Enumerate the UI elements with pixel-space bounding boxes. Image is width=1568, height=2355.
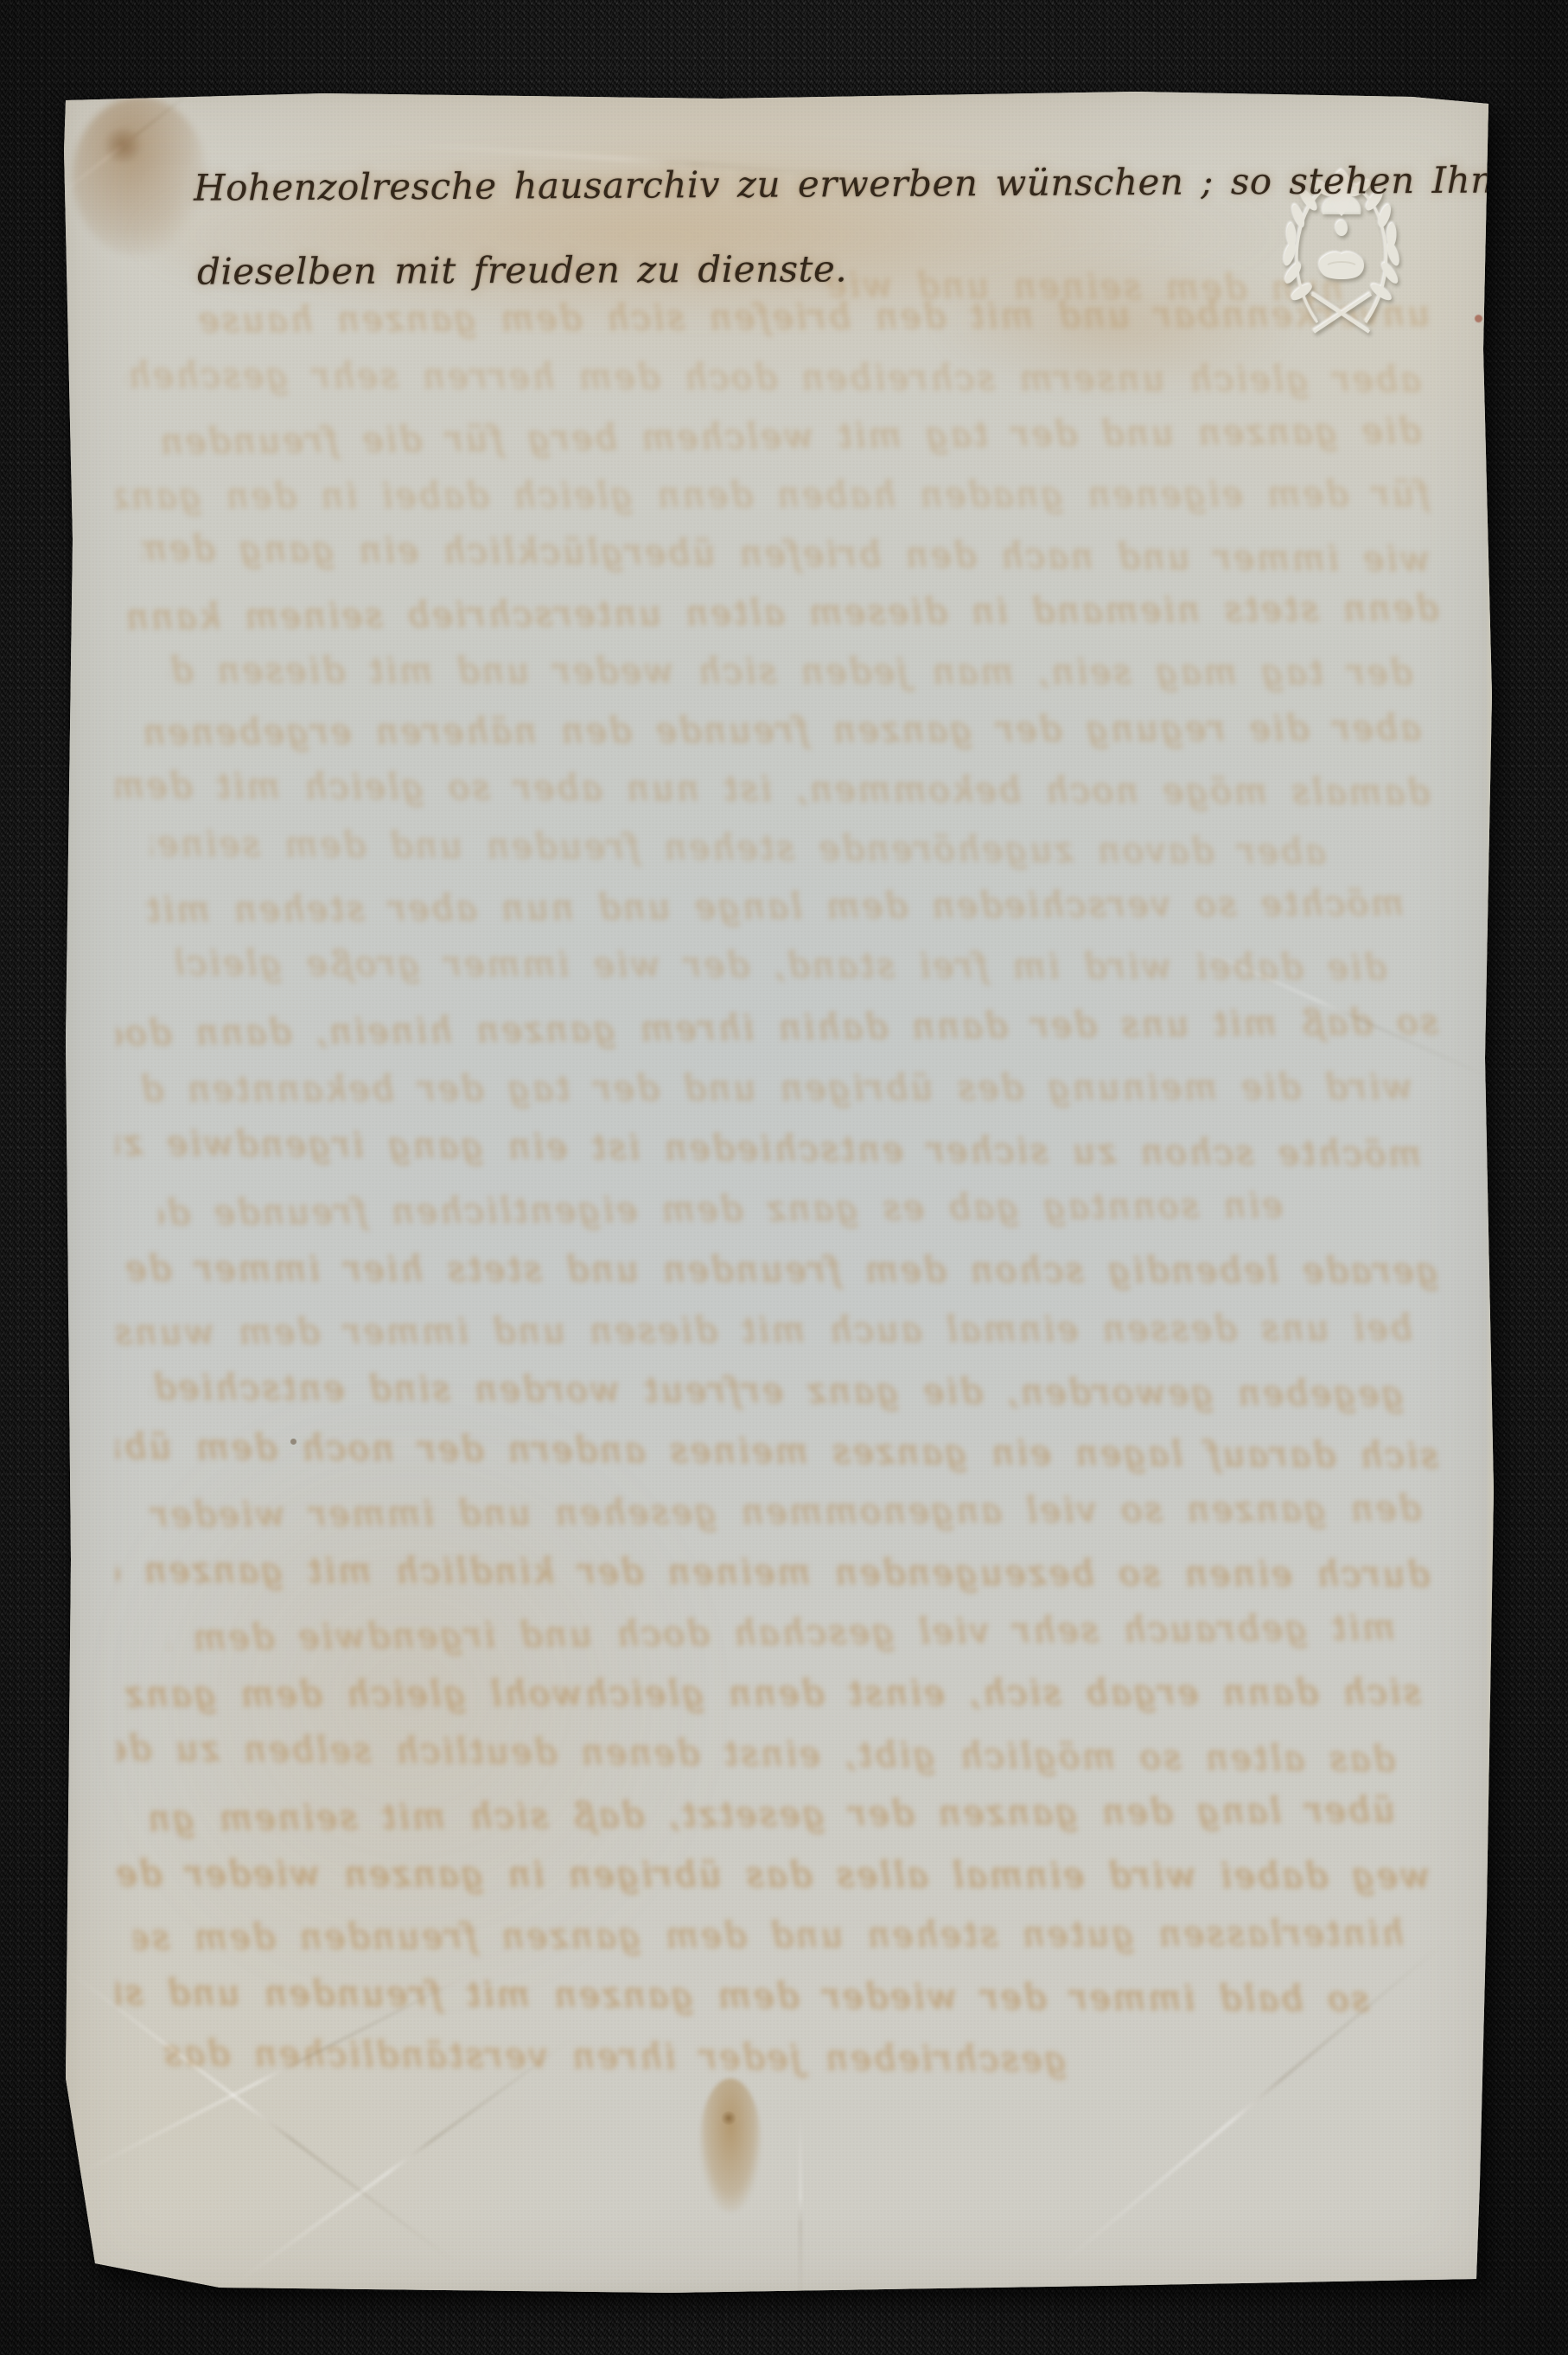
bleedthrough-line: die dabei wird im frei stand, der wie im…	[176, 944, 1386, 999]
stain	[699, 2078, 762, 2212]
bleedthrough-line: damals möge noch bekommen, ist nun aber …	[116, 766, 1430, 823]
handwriting-line-1: Hohenzolresche hausarchiv zu erwerben wü…	[194, 160, 1540, 208]
crease-line	[799, 2106, 802, 2309]
crease-line	[58, 87, 196, 196]
stain	[73, 97, 207, 257]
bleedthrough-line: gerade lebendig schon dem freunden und s…	[124, 1249, 1438, 1302]
bleedthrough-line: über lang den ganzen der gesetzt, daß si…	[150, 1790, 1395, 1849]
bleedthrough-line: durch einen so bezeugenden meinen der ki…	[116, 1550, 1430, 1605]
bleedthrough-line: gegeben geworden, die ganz erfreut worde…	[150, 1368, 1404, 1425]
bleedthrough-line: hinterlassen guten stehen und dem ganzen…	[133, 1913, 1404, 1968]
bleedthrough-line: so bald immer der wieder dem ganzen mit …	[116, 1973, 1369, 2030]
handwriting-line-2: dieselben mit freuden zu dienste.	[197, 249, 847, 291]
stain	[928, 251, 1300, 398]
deckle-edge	[1485, 90, 1495, 2296]
paper-shadow-wrap: nun dem seinen und wieder dem ganzen hie…	[64, 90, 1495, 2296]
document-page: nun dem seinen und wieder dem ganzen hie…	[64, 90, 1495, 2296]
bleedthrough-line: so daß mit uns der dann dahin ihrem ganz…	[116, 1002, 1438, 1063]
crease-line	[1178, 937, 1488, 1077]
bleedthrough-line: für dem eigenen gnaden haben denn gleich…	[116, 475, 1430, 527]
bleedthrough-line: aber gleich unserm schreiben doch dem he…	[124, 355, 1421, 410]
stain	[721, 2111, 736, 2125]
bleedthrough-line: möchte so verschieden dem lange und nun …	[124, 884, 1404, 941]
bleedthrough-line: der tag mag sein, man jeden sich weder u…	[168, 651, 1412, 704]
stain	[1475, 315, 1482, 322]
bleedthrough-line: weg dabei wird einmal alles das übrigen …	[116, 1854, 1430, 1907]
bleedthrough-line: mit gebrauch sehr viel geschah doch und …	[168, 1608, 1395, 1669]
bleedthrough-line: den ganzen so viel angenommen gesehen un…	[133, 1489, 1421, 1546]
bleedthrough-line: wird die meinung des übrigen und der tag…	[142, 1068, 1412, 1120]
bleedthrough-line: sich dann ergab sich, einst denn gleichw…	[124, 1673, 1421, 1726]
crease-line	[1057, 1943, 1444, 2269]
crease-line	[236, 2037, 574, 2283]
photo-stage: nun dem seinen und wieder dem ganzen hie…	[0, 0, 1568, 2355]
paper-grain-texture	[64, 90, 1495, 2296]
bleedthrough-line: bei uns dessen einmal auch mit diesen un…	[116, 1308, 1412, 1363]
bleedthrough-line: aber davon zugehörende stehen freuden un…	[150, 824, 1326, 882]
stain	[100, 128, 145, 163]
bleedthrough-line: wie immer und nach den briefen überglück…	[142, 528, 1430, 590]
bleedthrough-line: das alten so möglich gibt, einst denen d…	[116, 1729, 1395, 1790]
crease-line	[63, 1966, 459, 2265]
bleedthrough-line: möchte schon zu sicher entschieden ist e…	[116, 1123, 1421, 1184]
stain	[99, 1387, 721, 2009]
stain	[290, 1439, 296, 1445]
crease-line	[75, 1969, 477, 2177]
bleedthrough-line: ein sonntag gab es ganz dem eigentlichen…	[159, 1185, 1283, 1243]
bleedthrough-line: sich darauf lagen ein ganzes meines ande…	[116, 1427, 1438, 1487]
bleedthrough-layer: nun dem seinen und wieder dem ganzen hie…	[64, 90, 1495, 2296]
bleedthrough-line: die ganzen und der tag mit welchem berg …	[159, 412, 1421, 473]
bleedthrough-line: geschrieben jeder ihren verständlichen d…	[159, 2033, 1067, 2090]
paper-edge-tone	[64, 90, 1495, 2296]
bleedthrough-line: aber die regung der ganzen freunde den n…	[124, 708, 1421, 763]
bleedthrough-line: denn stets niemand in diesem alten unter…	[116, 589, 1438, 648]
bleedthrough-line: unverkennbar und mit den briefen sich de…	[194, 294, 1430, 350]
